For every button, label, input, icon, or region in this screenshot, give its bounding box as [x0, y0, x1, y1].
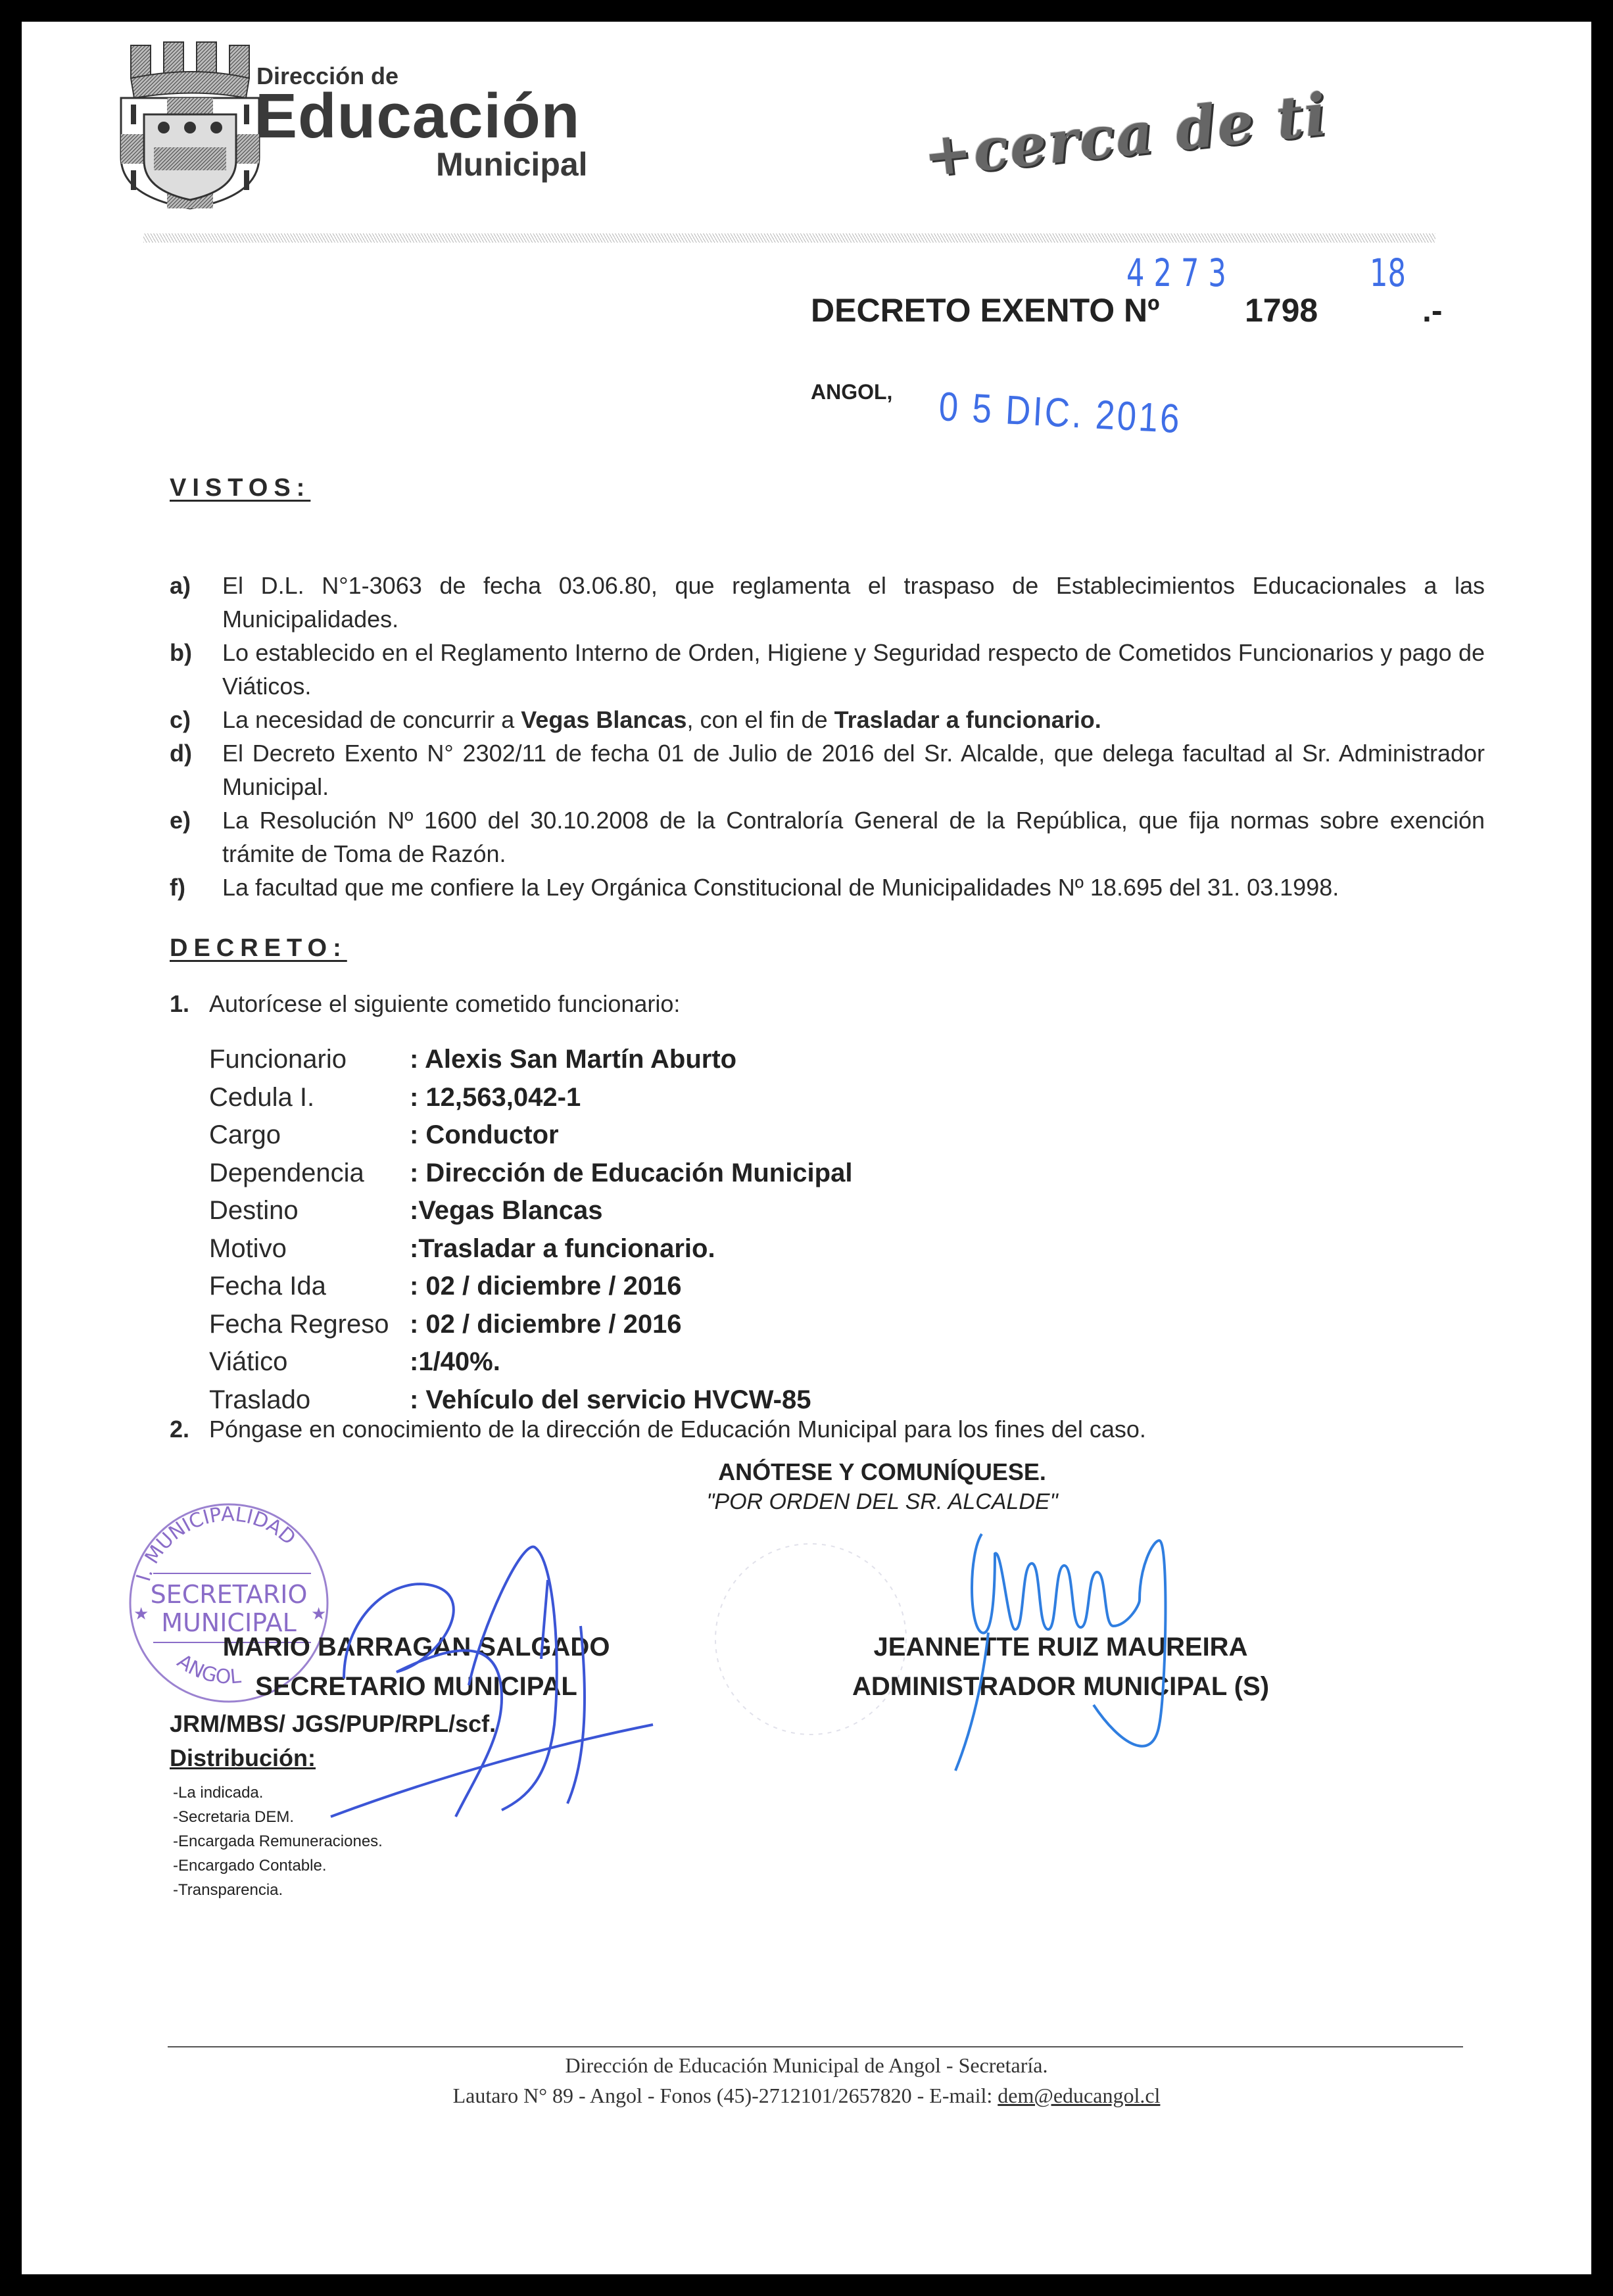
distribution-item: -La indicada. — [173, 1781, 383, 1805]
logo-line-2: Educación — [255, 85, 580, 148]
vistos-item: e)La Resolución Nº 1600 del 30.10.2008 d… — [170, 803, 1485, 871]
field-label: Dependencia — [209, 1159, 410, 1188]
vistos-item: c)La necesidad de concurrir a Vegas Blan… — [170, 703, 1485, 736]
slogan: +cerca de ti — [920, 80, 1331, 190]
registry-suffix-stamp: 18 — [1370, 251, 1406, 295]
field-label: Cargo — [209, 1120, 410, 1150]
field-row: Fecha Ida: 02 / diciembre / 2016 — [209, 1268, 852, 1306]
field-row: Viático:1/40%. — [209, 1343, 852, 1381]
distribution-item: -Encargada Remuneraciones. — [173, 1829, 383, 1854]
item-letter: f) — [170, 871, 222, 904]
field-value: :Trasladar a funcionario. — [410, 1234, 715, 1264]
field-label: Funcionario — [209, 1045, 410, 1074]
footer-address: Lautaro N° 89 - Angol - Fonos (45)-27121… — [453, 2084, 998, 2107]
item-text: La facultad que me confiere la Ley Orgán… — [222, 871, 1485, 904]
distribution-item: -Transparencia. — [173, 1878, 383, 1902]
item-text: Autorícese el siguiente cometido funcion… — [209, 987, 680, 1020]
svg-text:I. MUNICIPALIDAD: I. MUNICIPALIDAD — [132, 1503, 300, 1584]
field-label: Fecha Ida — [209, 1272, 410, 1301]
footer-contact: Lautaro N° 89 - Angol - Fonos (45)-27121… — [22, 2084, 1591, 2108]
field-row: Funcionario: Alexis San Martín Aburto — [209, 1041, 852, 1079]
decree-title: DECRETO EXENTO Nº — [811, 291, 1159, 329]
cometido-fields: Funcionario: Alexis San Martín AburtoCed… — [209, 1041, 852, 1419]
svg-text:SECRETARIO: SECRETARIO — [151, 1580, 308, 1609]
field-value: : Alexis San Martín Aburto — [410, 1045, 736, 1074]
decreto-heading: DECRETO: — [170, 934, 347, 963]
field-label: Traslado — [209, 1385, 410, 1415]
date-stamp: 0 5 DIC. 2016 — [938, 383, 1183, 442]
field-label: Motivo — [209, 1234, 410, 1264]
document-page: Dirección de Educación Municipal +cerca … — [22, 22, 1591, 2274]
field-value: : Dirección de Educación Municipal — [410, 1159, 852, 1188]
header-divider — [143, 233, 1435, 243]
field-label: Viático — [209, 1347, 410, 1377]
distribution-title: Distribución: — [170, 1744, 316, 1772]
field-label: Cedula I. — [209, 1083, 410, 1112]
field-row: Destino:Vegas Blancas — [209, 1192, 852, 1230]
field-value: : Vehículo del servicio HVCW-85 — [410, 1385, 811, 1415]
item-text: Lo establecido en el Reglamento Interno … — [222, 636, 1485, 703]
footer-divider — [168, 2046, 1463, 2047]
vistos-item: b)Lo establecido en el Reglamento Intern… — [170, 636, 1485, 703]
vistos-heading: VISTOS: — [170, 474, 310, 502]
distribution-list: -La indicada.-Secretaria DEM.-Encargada … — [173, 1781, 383, 1902]
decree-number: 1798 — [1245, 291, 1318, 329]
closing-line-1: ANÓTESE Y COMUNÍQUESE. — [22, 1458, 1591, 1486]
item-letter: e) — [170, 803, 222, 871]
field-value: : 02 / diciembre / 2016 — [410, 1272, 682, 1301]
right-handwritten-signature-icon — [942, 1527, 1218, 1777]
field-row: Dependencia: Dirección de Educación Muni… — [209, 1155, 852, 1193]
svg-text:★: ★ — [133, 1604, 149, 1623]
item-letter: c) — [170, 703, 222, 736]
field-row: Cedula I.: 12,563,042-1 — [209, 1079, 852, 1117]
field-value: : Conductor — [410, 1120, 559, 1150]
field-value: : 12,563,042-1 — [410, 1083, 581, 1112]
distribution-item: -Secretaria DEM. — [173, 1805, 383, 1829]
field-label: Destino — [209, 1196, 410, 1226]
decree-suffix: .- — [1422, 291, 1443, 329]
item-letter: d) — [170, 736, 222, 803]
logo-line-3: Municipal — [436, 145, 588, 183]
item-number: 1. — [170, 987, 209, 1020]
footer-organization: Dirección de Educación Municipal de Ango… — [22, 2053, 1591, 2078]
field-value: :1/40%. — [410, 1347, 500, 1377]
vistos-item: d)El Decreto Exento N° 2302/11 de fecha … — [170, 736, 1485, 803]
field-label: Fecha Regreso — [209, 1310, 410, 1339]
distribution-item: -Encargado Contable. — [173, 1854, 383, 1878]
registry-number-stamp: 4273 — [1126, 251, 1236, 295]
item-text: La Resolución Nº 1600 del 30.10.2008 de … — [222, 803, 1485, 871]
field-row: Motivo:Trasladar a funcionario. — [209, 1230, 852, 1268]
decreto-item-2: 2. Póngase en conocimiento de la direcci… — [170, 1412, 1146, 1446]
decreto-item-1: 1. Autorícese el siguiente cometido func… — [170, 987, 680, 1020]
item-text: La necesidad de concurrir a Vegas Blanca… — [222, 703, 1485, 736]
field-value: :Vegas Blancas — [410, 1196, 603, 1226]
field-row: Fecha Regreso: 02 / diciembre / 2016 — [209, 1306, 852, 1344]
footer-email-link[interactable]: dem@educangol.cl — [998, 2084, 1160, 2107]
vistos-item: a)El D.L. N°1-3063 de fecha 03.06.80, qu… — [170, 569, 1485, 636]
item-text: Póngase en conocimiento de la dirección … — [209, 1412, 1146, 1446]
vistos-item: f)La facultad que me confiere la Ley Org… — [170, 871, 1485, 904]
place-label: ANGOL, — [811, 380, 892, 404]
field-value: : 02 / diciembre / 2016 — [410, 1310, 682, 1339]
municipal-crest-icon — [118, 32, 269, 210]
item-number: 2. — [170, 1412, 209, 1446]
reference-initials: JRM/MBS/ JGS/PUP/RPL/scf. — [170, 1710, 496, 1738]
field-row: Cargo: Conductor — [209, 1116, 852, 1155]
item-letter: a) — [170, 569, 222, 636]
item-text: El D.L. N°1-3063 de fecha 03.06.80, que … — [222, 569, 1485, 636]
item-letter: b) — [170, 636, 222, 703]
vistos-list: a)El D.L. N°1-3063 de fecha 03.06.80, qu… — [170, 569, 1485, 904]
item-text: El Decreto Exento N° 2302/11 de fecha 01… — [222, 736, 1485, 803]
